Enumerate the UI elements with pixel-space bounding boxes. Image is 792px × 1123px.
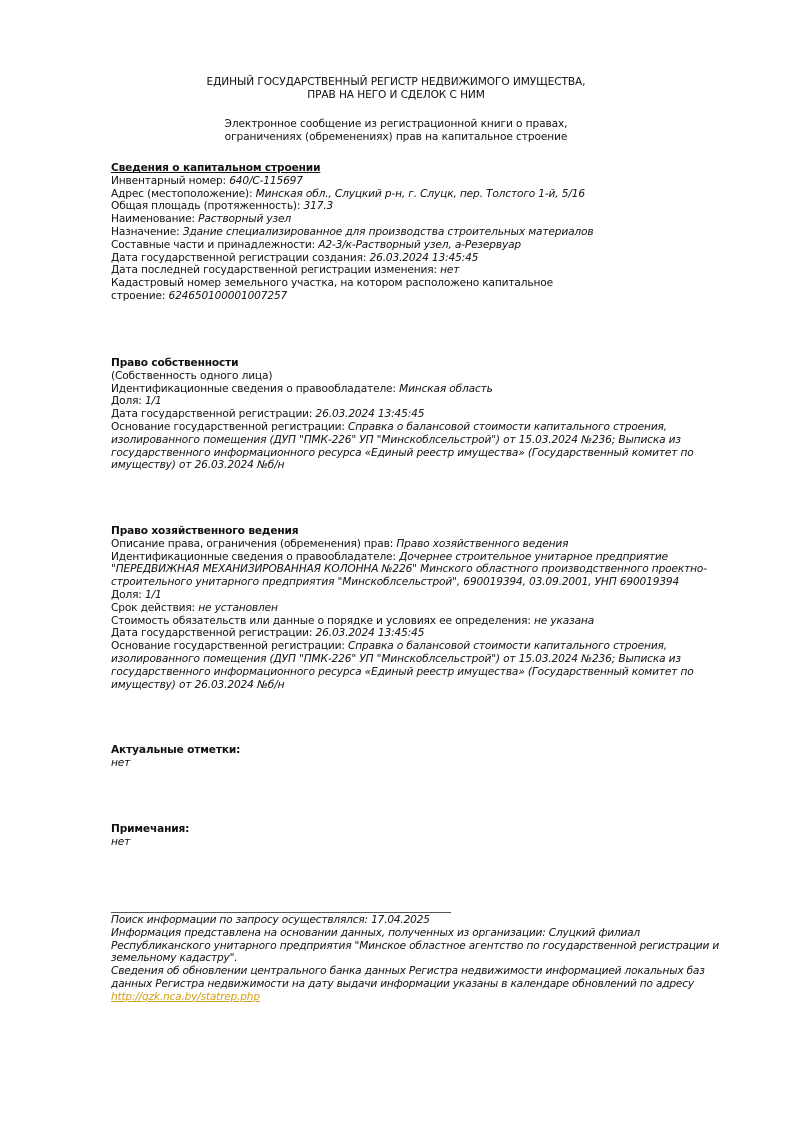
area-value: 317.3	[304, 200, 334, 212]
subtitle-line-1: Электронное сообщение из регистрационной…	[0, 118, 792, 131]
field-label: Идентификационные сведения о правооблада…	[111, 551, 399, 563]
holder-row: Идентификационные сведения о правооблада…	[111, 551, 731, 589]
share-value: 1/1	[145, 395, 162, 407]
cadastral-label-row: Кадастровый номер земельного участка, на…	[111, 277, 731, 290]
cost-value: не указана	[534, 615, 594, 627]
document-title: ЕДИНЫЙ ГОСУДАРСТВЕННЫЙ РЕГИСТР НЕДВИЖИМО…	[0, 76, 792, 102]
field-label: Назначение:	[111, 226, 183, 238]
cadastral-row: строение: 624650100001007257	[111, 290, 731, 303]
field-label: Наименование:	[111, 213, 198, 225]
inventory-number-row: Инвентарный номер: 640/С-115697	[111, 175, 731, 188]
reg-date-row: Дата государственной регистрации: 26.03.…	[111, 627, 731, 640]
field-label: Дата последней государственной регистрац…	[111, 264, 440, 276]
reg-date-row: Дата государственной регистрации: 26.03.…	[111, 408, 731, 421]
name-value: Растворный узел	[198, 213, 291, 225]
cost-row: Стоимость обязательств или данные о поря…	[111, 615, 731, 628]
field-label: Дата государственной регистрации:	[111, 627, 316, 639]
field-label: Основание государственной регистрации:	[111, 421, 348, 433]
economic-right-section: Право хозяйственного ведения Описание пр…	[111, 525, 731, 691]
right-description-value: Право хозяйственного ведения	[396, 538, 568, 550]
holder-value: Минская область	[399, 383, 493, 395]
address-value: Минская обл., Слуцкий р-н, г. Слуцк, пер…	[256, 188, 585, 200]
field-label: Основание государственной регистрации:	[111, 640, 348, 652]
purpose-row: Назначение: Здание специализированное дл…	[111, 226, 731, 239]
parts-row: Составные части и принадлежности: А2-3/к…	[111, 239, 731, 252]
current-marks-value: нет	[111, 757, 731, 770]
field-label: Адрес (местоположение):	[111, 188, 256, 200]
field-label: Общая площадь (протяженность):	[111, 200, 304, 212]
field-label: Инвентарный номер:	[111, 175, 229, 187]
address-row: Адрес (местоположение): Минская обл., Сл…	[111, 188, 731, 201]
share-row: Доля: 1/1	[111, 395, 731, 408]
field-label: Стоимость обязательств или данные о поря…	[111, 615, 534, 627]
field-label: Описание права, ограничения (обременения…	[111, 538, 396, 550]
footer-divider	[111, 912, 451, 913]
source-note: Информация представлена на основании дан…	[111, 927, 736, 965]
basis-row: Основание государственной регистрации: С…	[111, 640, 731, 691]
title-line-1: ЕДИНЫЙ ГОСУДАРСТВЕННЫЙ РЕГИСТР НЕДВИЖИМО…	[0, 76, 792, 89]
document-page: ЕДИНЫЙ ГОСУДАРСТВЕННЫЙ РЕГИСТР НЕДВИЖИМО…	[0, 0, 792, 1123]
name-row: Наименование: Растворный узел	[111, 213, 731, 226]
notes-section: Примечания: нет	[111, 823, 731, 849]
statrep-link[interactable]: http://gzk.nca.by/statrep.php	[111, 991, 260, 1003]
notes-title: Примечания:	[111, 823, 731, 836]
current-marks-title: Актуальные отметки:	[111, 744, 731, 757]
change-date-row: Дата последней государственной регистрац…	[111, 264, 731, 277]
cadastral-value: 624650100001007257	[169, 290, 288, 302]
basis-row: Основание государственной регистрации: С…	[111, 421, 731, 472]
parts-value: А2-3/к-Растворный узел, а-Резервуар	[318, 239, 521, 251]
holder-row: Идентификационные сведения о правооблада…	[111, 383, 731, 396]
building-section: Сведения о капитальном строении Инвентар…	[111, 162, 731, 303]
notes-value: нет	[111, 836, 731, 849]
field-label: Доля:	[111, 395, 145, 407]
ownership-section-title: Право собственности	[111, 357, 731, 370]
field-label: Дата государственной регистрации создани…	[111, 252, 370, 264]
document-subtitle: Электронное сообщение из регистрационной…	[0, 118, 792, 144]
title-line-2: ПРАВ НА НЕГО И СДЕЛОК С НИМ	[0, 89, 792, 102]
reg-date-value: 26.03.2024 13:45:45	[316, 408, 425, 420]
area-row: Общая площадь (протяженность): 317.3	[111, 200, 731, 213]
ownership-type: (Собственность одного лица)	[111, 370, 731, 383]
economic-right-section-title: Право хозяйственного ведения	[111, 525, 731, 538]
update-note-text: Сведения об обновлении центрального банк…	[111, 965, 705, 990]
change-date-value: нет	[440, 264, 459, 276]
field-label: Идентификационные сведения о правооблада…	[111, 383, 399, 395]
reg-date-value: 26.03.2024 13:45:45	[316, 627, 425, 639]
purpose-value: Здание специализированное для производст…	[183, 226, 594, 238]
subtitle-line-2: ограничениях (обременениях) прав на капи…	[0, 131, 792, 144]
inventory-number-value: 640/С-115697	[229, 175, 303, 187]
field-label: Доля:	[111, 589, 145, 601]
creation-date-value: 26.03.2024 13:45:45	[370, 252, 479, 264]
update-note: Сведения об обновлении центрального банк…	[111, 965, 736, 1003]
field-label: строение:	[111, 290, 169, 302]
creation-date-row: Дата государственной регистрации создани…	[111, 252, 731, 265]
share-value: 1/1	[145, 589, 162, 601]
term-value: не установлен	[198, 602, 277, 614]
field-label: Дата государственной регистрации:	[111, 408, 316, 420]
search-date-note: Поиск информации по запросу осуществлялс…	[111, 914, 736, 927]
term-row: Срок действия: не установлен	[111, 602, 731, 615]
field-label: Составные части и принадлежности:	[111, 239, 318, 251]
right-description-row: Описание права, ограничения (обременения…	[111, 538, 731, 551]
current-marks-section: Актуальные отметки: нет	[111, 744, 731, 770]
building-section-title: Сведения о капитальном строении	[111, 162, 731, 175]
ownership-section: Право собственности (Собственность одног…	[111, 357, 731, 472]
share-row: Доля: 1/1	[111, 589, 731, 602]
field-label: Срок действия:	[111, 602, 198, 614]
footer: Поиск информации по запросу осуществлялс…	[111, 914, 736, 1004]
